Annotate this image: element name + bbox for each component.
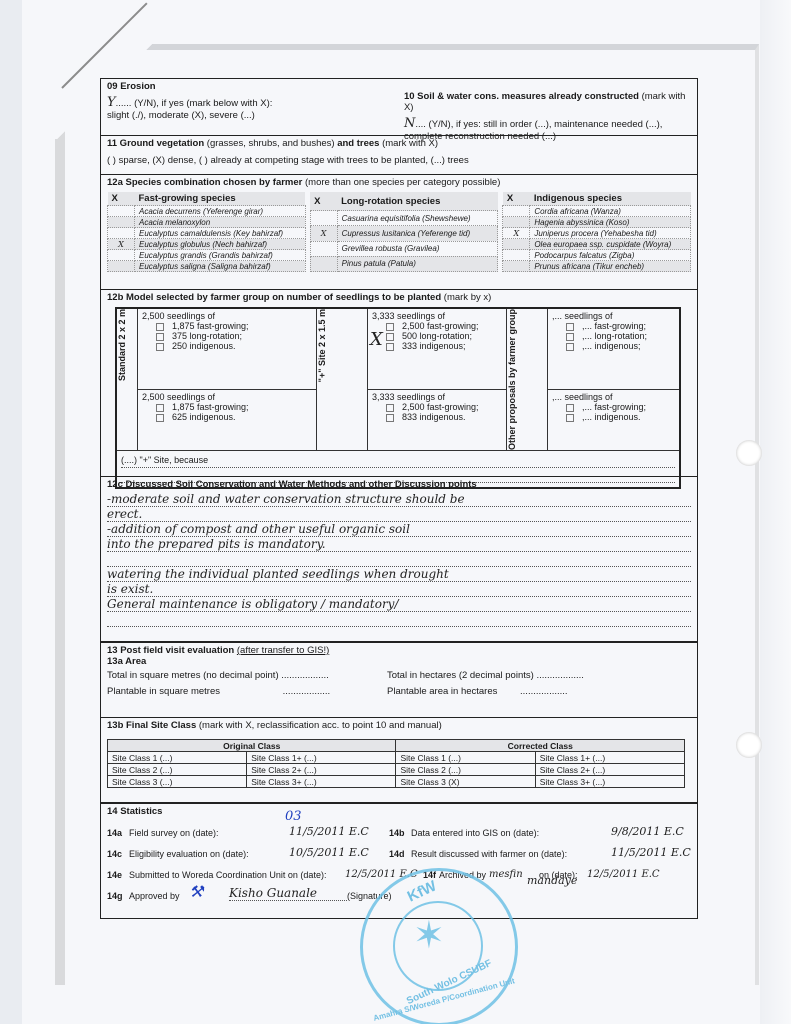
seedling-option[interactable]: ,... fast-growing; <box>552 402 675 412</box>
seedling-option-label: ,... indigenous. <box>582 412 641 422</box>
14e-label: 14e <box>107 870 129 880</box>
site-class-row: Site Class 2 (...)Site Class 2+ (...)Sit… <box>108 764 685 776</box>
species-mark[interactable] <box>108 261 135 272</box>
total-sqm-label: Total in square metres (no decimal point… <box>107 670 279 681</box>
swc-title: 10 Soil & water cons. measures already c… <box>404 91 639 102</box>
14b-label: 14b <box>389 828 411 838</box>
archived-date[interactable]: 12/5/2011 E.C <box>587 869 660 880</box>
species-name: Pinus patula (Patula) <box>337 256 498 271</box>
erosion-levels[interactable]: slight (./), moderate (X), severe (...) <box>107 110 404 121</box>
seedling-total: ,... seedlings of <box>552 392 675 402</box>
page-edge <box>760 0 791 1024</box>
plantable-ha-label: Plantable area in hectares <box>387 686 497 697</box>
species-mark[interactable]: X <box>310 226 337 241</box>
section-10-swc: 10 Soil & water cons. measures already c… <box>404 81 691 133</box>
species-name: Hagenia abyssinica (Koso) <box>530 217 691 228</box>
seedling-option-label: 1,875 fast-growing; <box>172 402 249 412</box>
site-class-option[interactable]: Site Class 2 (...) <box>396 764 535 776</box>
plus-site-because-label: (....) "+" Site, because <box>121 455 208 465</box>
species-mark[interactable] <box>503 206 530 217</box>
checkbox-icon[interactable] <box>156 414 164 422</box>
checkbox-icon[interactable] <box>566 323 574 331</box>
discussion-line[interactable]: erect. <box>107 507 691 522</box>
corrected-class-header: Corrected Class <box>396 740 685 752</box>
vegetation-title-note: (mark with X) <box>379 138 438 149</box>
archived-by-name-2: mandaye <box>527 874 577 887</box>
species-mark[interactable] <box>503 250 530 261</box>
seedling-option-label: 625 indigenous. <box>172 412 236 422</box>
field-survey-date[interactable]: 11/5/2011 E.C <box>289 825 389 838</box>
gis-entry-date[interactable]: 9/8/2011 E.C <box>611 825 684 838</box>
seedling-option[interactable]: 1,875 fast-growing; <box>142 402 312 412</box>
plantable-sqm-field[interactable]: .................. <box>283 686 331 697</box>
species-row: Eucalyptus grandis (Grandis bahirzaf) <box>108 250 306 261</box>
species-mark[interactable] <box>503 261 530 272</box>
seedling-option-label: 500 long-rotation; <box>402 331 472 341</box>
discussion-line[interactable]: is exist. <box>107 582 691 597</box>
statistics-title: 14 Statistics <box>107 806 691 817</box>
species-name: Podocarpus falcatus (Zigba) <box>530 250 691 261</box>
seedling-option-label: 333 indigenous; <box>402 341 466 351</box>
discussed-label: Result discussed with farmer on (date): <box>411 849 611 859</box>
fast-growing-table: XFast-growing species Acacia decurrens (… <box>107 192 306 272</box>
seedling-total: 2,500 seedlings of <box>142 311 312 321</box>
species-title-note: (more than one species per category poss… <box>302 177 500 188</box>
site-class-title: 13b Final Site Class <box>107 720 196 731</box>
gis-entry-label: Data entered into GIS on (date): <box>411 828 611 838</box>
other-option-a[interactable]: ,... seedlings of,... fast-growing;,... … <box>548 308 681 389</box>
seedling-option-label: ,... fast-growing; <box>582 402 646 412</box>
seedling-option[interactable]: 250 indigenous. <box>142 341 312 351</box>
discussion-line[interactable]: -moderate soil and water conservation st… <box>107 492 691 507</box>
site-class-option[interactable]: Site Class 1 (...) <box>396 752 535 764</box>
approver-name[interactable]: Kisho Guanale <box>229 886 347 901</box>
vegetation-title-mid: (grasses, shrubs, and bushes) <box>204 138 337 149</box>
section-12c-discussion: 12c Discussed Soil Conservation and Wate… <box>100 476 698 641</box>
indigenous-table: XIndigenous species Cordia africana (Wan… <box>502 192 691 272</box>
species-mark[interactable]: X <box>503 228 530 239</box>
checkbox-icon[interactable] <box>386 404 394 412</box>
discussion-line[interactable]: watering the individual planted seedling… <box>107 567 691 582</box>
mark-header: X <box>503 192 530 206</box>
section-09-erosion: 09 Erosion Y...... (Y/N), if yes (mark b… <box>107 81 404 133</box>
seedling-option-label: ,... fast-growing; <box>582 321 646 331</box>
species-row: Eucalyptus camaldulensis (Key bahirzaf) <box>108 228 306 239</box>
section-erosion-and-swc: 09 Erosion Y...... (Y/N), if yes (mark b… <box>100 78 698 135</box>
standard-label: Standard 2 x 2 m <box>117 309 127 381</box>
checkbox-icon[interactable] <box>566 343 574 351</box>
official-stamp: ✶ KfW South Wolo CSUBF Amahra S/Woreda P… <box>360 868 518 1024</box>
section-13b-site-class: 13b Final Site Class (mark with X, recla… <box>100 717 698 802</box>
site-class-table: Original Class Corrected Class Site Clas… <box>107 739 685 788</box>
checkbox-icon[interactable] <box>156 333 164 341</box>
species-mark[interactable] <box>503 239 530 250</box>
original-class-header: Original Class <box>108 740 396 752</box>
section-13-post-visit: 13 Post field visit evaluation (after tr… <box>100 641 698 717</box>
species-mark[interactable] <box>310 211 337 226</box>
species-mark[interactable] <box>108 206 135 217</box>
mark-header: X <box>310 192 337 211</box>
site-class-option[interactable]: Site Class 2+ (...) <box>247 764 396 776</box>
seedling-total: 2,500 seedlings of <box>142 392 312 402</box>
species-mark[interactable] <box>310 256 337 271</box>
species-row: XJuniperus procera (Yehabesha tid) <box>503 228 691 239</box>
checkbox-icon[interactable] <box>386 323 394 331</box>
discussion-line[interactable] <box>107 552 691 567</box>
plantable-ha-field[interactable]: .................. <box>520 686 568 697</box>
erosion-prompt: (Y/N), if yes (mark below with X): <box>134 98 272 109</box>
seedling-option[interactable]: 1,875 fast-growing; <box>142 321 312 331</box>
erosion-title: 09 Erosion <box>107 81 404 92</box>
species-table: XFast-growing species Acacia decurrens (… <box>107 192 691 272</box>
seedling-option[interactable]: ,... fast-growing; <box>552 321 675 331</box>
approved-by-label: Approved by <box>129 891 189 901</box>
seedling-option-label: ,... long-rotation; <box>582 331 647 341</box>
seedling-option-label: 833 indigenous. <box>402 412 466 422</box>
species-row: XEucalyptus globulus (Nech bahirzaf) <box>108 239 306 250</box>
discussion-line[interactable]: into the prepared pits is mandatory. <box>107 537 691 552</box>
punch-hole-bottom <box>736 732 762 758</box>
site-class-option[interactable]: Site Class 3 (X) <box>396 776 535 788</box>
species-mark[interactable] <box>503 217 530 228</box>
erosion-answer[interactable]: Y <box>107 95 116 110</box>
site-assessment-form: 09 Erosion Y...... (Y/N), if yes (mark b… <box>100 78 698 919</box>
seedling-option[interactable]: ,... indigenous. <box>552 412 675 422</box>
checkbox-icon[interactable] <box>566 333 574 341</box>
plus-site-reason[interactable]: (....) "+" Site, because <box>121 453 675 468</box>
seedling-total: 3,333 seedlings of <box>372 311 502 321</box>
species-row: Grevillea robusta (Gravilea) <box>310 241 498 256</box>
species-mark[interactable]: X <box>108 239 135 250</box>
site-class-option[interactable]: Site Class 3+ (...) <box>535 776 684 788</box>
field-survey-note: 03 <box>285 809 302 824</box>
seedling-option[interactable]: 625 indigenous. <box>142 412 312 422</box>
species-row: Podocarpus falcatus (Zigba) <box>503 250 691 261</box>
other-option-b[interactable]: ,... seedlings of,... fast-growing;,... … <box>548 389 681 450</box>
site-class-option[interactable]: Site Class 3+ (...) <box>247 776 396 788</box>
species-name: Acacia decurrens (Yeferenge girar) <box>135 206 306 217</box>
site-class-option[interactable]: Site Class 1+ (...) <box>535 752 684 764</box>
section-12b-model: 12b Model selected by farmer group on nu… <box>100 289 698 476</box>
species-row: Eucalyptus saligna (Saligna bahirzaf) <box>108 261 306 272</box>
seedling-option[interactable]: 2,500 fast-growing; <box>372 321 502 331</box>
species-name: Cordia africana (Wanza) <box>530 206 691 217</box>
long-rotation-table: XLong-rotation species Casuarina equisit… <box>310 192 499 272</box>
species-row: Cordia africana (Wanza) <box>503 206 691 217</box>
vegetation-options[interactable]: ( ) sparse, (X) dense, ( ) already at co… <box>107 155 691 166</box>
total-ha-field[interactable]: .................. <box>536 670 584 681</box>
vegetation-title: 11 Ground vegetation <box>107 138 204 149</box>
star-icon: ✶ <box>413 913 445 958</box>
section-12a-species: 12a Species combination chosen by farmer… <box>100 174 698 289</box>
species-name: Prunus africana (Tikur encheb) <box>530 261 691 272</box>
site-class-note: (mark with X, reclassification acc. to p… <box>196 720 442 731</box>
species-title: 12a Species combination chosen by farmer <box>107 177 302 188</box>
species-row: Casuarina equisitifolia (Shewshewe) <box>310 211 498 226</box>
species-name: Eucalyptus grandis (Grandis bahirzaf) <box>135 250 306 261</box>
seedling-option[interactable]: ,... long-rotation; <box>552 331 675 341</box>
discussion-line[interactable] <box>107 627 691 642</box>
species-row: Pinus patula (Patula) <box>310 256 498 271</box>
plus-option-b[interactable]: 3,333 seedlings of2,500 fast-growing;833… <box>368 389 507 450</box>
site-class-option[interactable]: Site Class 3 (...) <box>108 776 247 788</box>
checkbox-icon[interactable] <box>566 404 574 412</box>
area-title: 13a Area <box>107 656 691 667</box>
checkbox-icon[interactable] <box>386 343 394 351</box>
plus-site-label: "+" Site 2 x 1.5 m <box>317 309 327 382</box>
eligibility-label: Eligibility evaluation on (date): <box>129 849 289 859</box>
model-title: 12b Model selected by farmer group on nu… <box>107 292 441 303</box>
species-name: Eucalyptus saligna (Saligna bahirzaf) <box>135 261 306 272</box>
species-name: Eucalyptus camaldulensis (Key bahirzaf) <box>135 228 306 239</box>
14c-label: 14c <box>107 849 129 859</box>
eligibility-date[interactable]: 10/5/2011 E.C <box>289 846 389 859</box>
punch-hole-top <box>736 440 762 466</box>
species-name: Grevillea robusta (Gravilea) <box>337 241 498 256</box>
14g-label: 14g <box>107 891 129 901</box>
seedling-option[interactable]: 500 long-rotation; <box>372 331 502 341</box>
checkbox-icon[interactable] <box>156 323 164 331</box>
seedling-option-label: 2,500 fast-growing; <box>402 321 479 331</box>
species-name: Casuarina equisitifolia (Shewshewe) <box>337 211 498 226</box>
vegetation-title-trees: and trees <box>337 138 379 149</box>
checkbox-icon[interactable] <box>156 343 164 351</box>
standard-option-b[interactable]: 2,500 seedlings of1,875 fast-growing;625… <box>138 389 317 450</box>
species-row: Acacia decurrens (Yeferenge girar) <box>108 206 306 217</box>
section-11-ground-vegetation: 11 Ground vegetation (grasses, shrubs, a… <box>100 135 698 174</box>
long-rotation-header: Long-rotation species <box>337 192 498 211</box>
mark-header: X <box>108 192 135 206</box>
seedling-option-label: 1,875 fast-growing; <box>172 321 249 331</box>
species-name: Cupressus lusitanica (Yeferenge tid) <box>337 226 498 241</box>
species-name: Juniperus procera (Yehabesha tid) <box>530 228 691 239</box>
standard-option-a[interactable]: 2,500 seedlings of1,875 fast-growing;375… <box>138 308 317 389</box>
seedling-option[interactable]: 2,500 fast-growing; <box>372 402 502 412</box>
fast-growing-header: Fast-growing species <box>135 192 306 206</box>
discussion-line[interactable]: -addition of compost and other useful or… <box>107 522 691 537</box>
discussion-line[interactable]: General maintenance is obligatory / mand… <box>107 597 691 612</box>
checkbox-icon[interactable] <box>566 414 574 422</box>
seedling-option-label: 250 indigenous. <box>172 341 236 351</box>
field-survey-label: Field survey on (date): <box>129 828 289 838</box>
site-class-row: Site Class 1 (...)Site Class 1+ (...)Sit… <box>108 752 685 764</box>
plantable-sqm-label: Plantable in square metres <box>107 686 220 697</box>
discussion-lines[interactable]: -moderate soil and water conservation st… <box>107 492 691 642</box>
other-proposals-label: Other proposals by farmer group <box>507 309 517 450</box>
post-visit-title-note: (after transfer to GIS!) <box>237 645 329 656</box>
species-row: Prunus africana (Tikur encheb) <box>503 261 691 272</box>
seedling-total: ,... seedlings of <box>552 311 675 321</box>
swc-answer[interactable]: N <box>404 116 415 131</box>
species-row: Acacia melanoxylon <box>108 217 306 228</box>
site-class-option[interactable]: Site Class 1+ (...) <box>247 752 396 764</box>
species-row: Olea europaea ssp. cuspidate (Woyra) <box>503 239 691 250</box>
model-selection-mark: X <box>370 329 383 350</box>
total-ha-label: Total in hectares (2 decimal points) <box>387 670 534 681</box>
discussed-date[interactable]: 11/5/2011 E.C <box>611 846 691 859</box>
species-mark[interactable] <box>108 250 135 261</box>
seedling-option-label: 375 long-rotation; <box>172 331 242 341</box>
indigenous-header: Indigenous species <box>530 192 691 206</box>
site-class-option[interactable]: Site Class 1 (...) <box>108 752 247 764</box>
site-class-option[interactable]: Site Class 2 (...) <box>108 764 247 776</box>
seedling-option[interactable]: 333 indigenous; <box>372 341 502 351</box>
seedling-model-table: Standard 2 x 2 m 2,500 seedlings of1,875… <box>115 307 681 489</box>
post-visit-title: 13 Post field visit evaluation <box>107 645 234 656</box>
species-mark[interactable] <box>108 217 135 228</box>
model-title-note: (mark by x) <box>441 292 491 303</box>
species-name: Olea europaea ssp. cuspidate (Woyra) <box>530 239 691 250</box>
species-name: Acacia melanoxylon <box>135 217 306 228</box>
seedling-option[interactable]: 833 indigenous. <box>372 412 502 422</box>
species-row: Hagenia abyssinica (Koso) <box>503 217 691 228</box>
site-class-row: Site Class 3 (...)Site Class 3+ (...)Sit… <box>108 776 685 788</box>
approver-initials-signature: ⚒ <box>189 882 229 901</box>
checkbox-icon[interactable] <box>386 414 394 422</box>
swc-prompt: (Y/N), if yes: still in order (...), mai… <box>429 119 663 130</box>
seedling-option-label: ,... indigenous; <box>582 341 641 351</box>
species-name: Eucalyptus globulus (Nech bahirzaf) <box>135 239 306 250</box>
checkbox-icon[interactable] <box>386 333 394 341</box>
seedling-total: 3,333 seedlings of <box>372 392 502 402</box>
plus-option-a[interactable]: 3,333 seedlings of2,500 fast-growing;500… <box>368 308 507 389</box>
discussion-line[interactable] <box>107 612 691 627</box>
species-mark[interactable] <box>310 241 337 256</box>
14d-label: 14d <box>389 849 411 859</box>
seedling-option[interactable]: ,... indigenous; <box>552 341 675 351</box>
total-sqm-field[interactable]: .................. <box>281 670 329 681</box>
14a-label: 14a <box>107 828 129 838</box>
checkbox-icon[interactable] <box>156 404 164 412</box>
species-mark[interactable] <box>108 228 135 239</box>
site-class-option[interactable]: Site Class 2+ (...) <box>535 764 684 776</box>
species-row: XCupressus lusitanica (Yeferenge tid) <box>310 226 498 241</box>
woreda-submission-label: Submitted to Woreda Coordination Unit on… <box>129 870 345 880</box>
seedling-option[interactable]: 375 long-rotation; <box>142 331 312 341</box>
seedling-option-label: 2,500 fast-growing; <box>402 402 479 412</box>
discussion-title: 12c Discussed Soil Conservation and Wate… <box>107 479 691 490</box>
